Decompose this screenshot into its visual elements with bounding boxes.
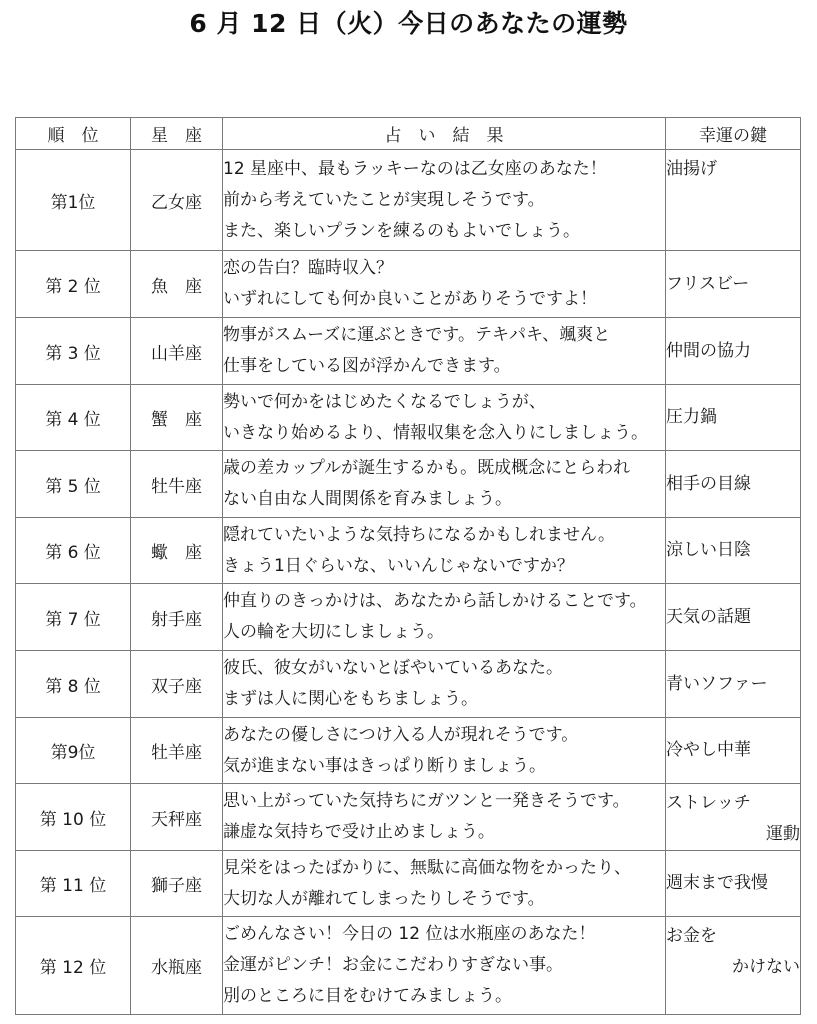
fortune-ranking-table: 順 位 星 座 占 い 結 果 幸運の鍵 第1位乙女座12 星座中、最もラッキー… <box>15 117 801 1015</box>
rank-cell: 第 2 位 <box>16 251 131 318</box>
lucky-key-line: 圧力鍋 <box>666 402 800 433</box>
zodiac-sign-cell: 獅子座 <box>131 851 223 917</box>
fortune-result-line: 仕事をしている図が浮かんできます。 <box>223 351 665 382</box>
lucky-key-line: ストレッチ <box>666 788 800 819</box>
page-title: 6 月 12 日（火）今日のあなたの運勢 <box>0 4 817 40</box>
lucky-key-line: 相手の目線 <box>666 469 800 500</box>
lucky-key-line: かけない <box>666 952 800 983</box>
table-row: 第 8 位双子座彼氏、彼女がいないとぼやいているあなた。まずは人に関心をもちまし… <box>16 651 801 718</box>
fortune-result-line: いきなり始めるより、情報収集を念入りにしましょう。 <box>223 418 665 449</box>
lucky-key-cell: 相手の目線 <box>666 451 801 518</box>
zodiac-sign-cell: 牡牛座 <box>131 451 223 518</box>
fortune-result-line: 恋の告白？臨時収入？ <box>223 253 665 284</box>
lucky-key-cell: 圧力鍋 <box>666 385 801 451</box>
rank-cell: 第 10 位 <box>16 784 131 851</box>
table-row: 第 4 位蟹 座勢いで何かをはじめたくなるでしょうが、いきなり始めるより、情報収… <box>16 385 801 451</box>
fortune-result-line: 気が進まない事はきっぱり断りましょう。 <box>223 751 665 782</box>
lucky-key-cell: 青いソファー <box>666 651 801 718</box>
table-row: 第 5 位牡牛座歳の差カップルが誕生するかも。既成概念にとらわれない自由な人間関… <box>16 451 801 518</box>
zodiac-sign-cell: 蠍 座 <box>131 518 223 584</box>
fortune-result-line: 人の輪を大切にしましょう。 <box>223 617 665 648</box>
rank-cell: 第 11 位 <box>16 851 131 917</box>
fortune-result-line: 見栄をはったばかりに、無駄に高価な物をかったり、 <box>223 853 665 884</box>
rank-cell: 第1位 <box>16 150 131 251</box>
header-rank: 順 位 <box>16 118 131 150</box>
header-result: 占 い 結 果 <box>223 118 666 150</box>
fortune-result-cell: 彼氏、彼女がいないとぼやいているあなた。まずは人に関心をもちましょう。 <box>223 651 666 718</box>
table-row: 第 3 位山羊座物事がスムーズに運ぶときです。テキパキ、颯爽と仕事をしている図が… <box>16 318 801 385</box>
fortune-result-cell: 勢いで何かをはじめたくなるでしょうが、いきなり始めるより、情報収集を念入りにしま… <box>223 385 666 451</box>
fortune-result-line: ごめんなさい！今日の 12 位は水瓶座のあなた！ <box>223 919 665 950</box>
zodiac-sign-cell: 双子座 <box>131 651 223 718</box>
rank-cell: 第 6 位 <box>16 518 131 584</box>
fortune-result-line: あなたの優しさにつけ入る人が現れそうです。 <box>223 720 665 751</box>
lucky-key-cell: 仲間の協力 <box>666 318 801 385</box>
lucky-key-line: お金を <box>666 921 800 952</box>
lucky-key-cell: 天気の話題 <box>666 584 801 651</box>
fortune-result-line: 謙虚な気持ちで受け止めましょう。 <box>223 817 665 848</box>
fortune-result-line: 物事がスムーズに運ぶときです。テキパキ、颯爽と <box>223 320 665 351</box>
table-row: 第 2 位魚 座恋の告白？臨時収入？いずれにしても何か良いことがありそうですよ！… <box>16 251 801 318</box>
lucky-key-cell: 涼しい日陰 <box>666 518 801 584</box>
header-sign: 星 座 <box>131 118 223 150</box>
table-header-row: 順 位 星 座 占 い 結 果 幸運の鍵 <box>16 118 801 150</box>
fortune-result-line: 12 星座中、最もラッキーなのは乙女座のあなた！ <box>223 154 665 185</box>
zodiac-sign-cell: 魚 座 <box>131 251 223 318</box>
fortune-result-cell: 隠れていたいような気持ちになるかもしれません。きょう1日ぐらいな、いいんじゃない… <box>223 518 666 584</box>
fortune-result-line: 隠れていたいような気持ちになるかもしれません。 <box>223 520 665 551</box>
rank-cell: 第 7 位 <box>16 584 131 651</box>
fortune-result-cell: 恋の告白？臨時収入？いずれにしても何か良いことがありそうですよ！ <box>223 251 666 318</box>
fortune-result-line: 彼氏、彼女がいないとぼやいているあなた。 <box>223 653 665 684</box>
fortune-result-line: 思い上がっていた気持ちにガツンと一発きそうです。 <box>223 786 665 817</box>
fortune-result-cell: ごめんなさい！今日の 12 位は水瓶座のあなた！金運がピンチ！お金にこだわりすぎ… <box>223 917 666 1015</box>
lucky-key-line: 週末まで我慢 <box>666 868 800 899</box>
fortune-result-cell: 仲直りのきっかけは、あなたから話しかけることです。人の輪を大切にしましょう。 <box>223 584 666 651</box>
table-row: 第 6 位蠍 座隠れていたいような気持ちになるかもしれません。きょう1日ぐらいな… <box>16 518 801 584</box>
rank-cell: 第 5 位 <box>16 451 131 518</box>
fortune-result-line: 歳の差カップルが誕生するかも。既成概念にとらわれ <box>223 453 665 484</box>
zodiac-sign-cell: 乙女座 <box>131 150 223 251</box>
fortune-result-line: きょう1日ぐらいな、いいんじゃないですか？ <box>223 551 665 582</box>
lucky-key-line: 天気の話題 <box>666 602 800 633</box>
zodiac-sign-cell: 蟹 座 <box>131 385 223 451</box>
rank-cell: 第9位 <box>16 718 131 784</box>
lucky-key-cell: 週末まで我慢 <box>666 851 801 917</box>
fortune-result-line: また、楽しいプランを練るのもよいでしょう。 <box>223 216 665 247</box>
fortune-result-cell: あなたの優しさにつけ入る人が現れそうです。気が進まない事はきっぱり断りましょう。 <box>223 718 666 784</box>
fortune-result-line: 前から考えていたことが実現しそうです。 <box>223 185 665 216</box>
table-row: 第 11 位獅子座見栄をはったばかりに、無駄に高価な物をかったり、大切な人が離れ… <box>16 851 801 917</box>
zodiac-sign-cell: 山羊座 <box>131 318 223 385</box>
header-lucky-key: 幸運の鍵 <box>666 118 801 150</box>
fortune-result-line: 勢いで何かをはじめたくなるでしょうが、 <box>223 387 665 418</box>
lucky-key-line: 仲間の協力 <box>666 336 800 367</box>
fortune-result-line: 別のところに目をむけてみましょう。 <box>223 981 665 1012</box>
zodiac-sign-cell: 射手座 <box>131 584 223 651</box>
fortune-result-cell: 見栄をはったばかりに、無駄に高価な物をかったり、大切な人が離れてしまったりしそう… <box>223 851 666 917</box>
fortune-result-line: ない自由な人間関係を育みましょう。 <box>223 484 665 515</box>
lucky-key-cell: ストレッチ運動 <box>666 784 801 851</box>
lucky-key-line: フリスビー <box>666 269 800 300</box>
fortune-result-cell: 物事がスムーズに運ぶときです。テキパキ、颯爽と仕事をしている図が浮かんできます。 <box>223 318 666 385</box>
lucky-key-line: 油揚げ <box>666 154 800 185</box>
lucky-key-line: 涼しい日陰 <box>666 535 800 566</box>
zodiac-sign-cell: 天秤座 <box>131 784 223 851</box>
lucky-key-cell: 冷やし中華 <box>666 718 801 784</box>
lucky-key-line: 青いソファー <box>666 669 800 700</box>
zodiac-sign-cell: 牡羊座 <box>131 718 223 784</box>
fortune-result-line: 金運がピンチ！お金にこだわりすぎない事。 <box>223 950 665 981</box>
rank-cell: 第 8 位 <box>16 651 131 718</box>
rank-cell: 第 4 位 <box>16 385 131 451</box>
fortune-result-cell: 歳の差カップルが誕生するかも。既成概念にとらわれない自由な人間関係を育みましょう… <box>223 451 666 518</box>
fortune-result-line: まずは人に関心をもちましょう。 <box>223 684 665 715</box>
fortune-result-line: いずれにしても何か良いことがありそうですよ！ <box>223 284 665 315</box>
table-row: 第9位牡羊座あなたの優しさにつけ入る人が現れそうです。気が進まない事はきっぱり断… <box>16 718 801 784</box>
lucky-key-cell: 油揚げ <box>666 150 801 251</box>
lucky-key-line: 冷やし中華 <box>666 735 800 766</box>
rank-cell: 第 12 位 <box>16 917 131 1015</box>
lucky-key-cell: お金をかけない <box>666 917 801 1015</box>
table-row: 第1位乙女座12 星座中、最もラッキーなのは乙女座のあなた！前から考えていたこと… <box>16 150 801 251</box>
fortune-result-cell: 12 星座中、最もラッキーなのは乙女座のあなた！前から考えていたことが実現しそう… <box>223 150 666 251</box>
fortune-result-line: 大切な人が離れてしまったりしそうです。 <box>223 884 665 915</box>
rank-cell: 第 3 位 <box>16 318 131 385</box>
zodiac-sign-cell: 水瓶座 <box>131 917 223 1015</box>
lucky-key-cell: フリスビー <box>666 251 801 318</box>
fortune-result-cell: 思い上がっていた気持ちにガツンと一発きそうです。謙虚な気持ちで受け止めましょう。 <box>223 784 666 851</box>
table-row: 第 12 位水瓶座ごめんなさい！今日の 12 位は水瓶座のあなた！金運がピンチ！… <box>16 917 801 1015</box>
table-row: 第 10 位天秤座思い上がっていた気持ちにガツンと一発きそうです。謙虚な気持ちで… <box>16 784 801 851</box>
lucky-key-line: 運動 <box>666 819 800 850</box>
fortune-result-line: 仲直りのきっかけは、あなたから話しかけることです。 <box>223 586 665 617</box>
table-row: 第 7 位射手座仲直りのきっかけは、あなたから話しかけることです。人の輪を大切に… <box>16 584 801 651</box>
